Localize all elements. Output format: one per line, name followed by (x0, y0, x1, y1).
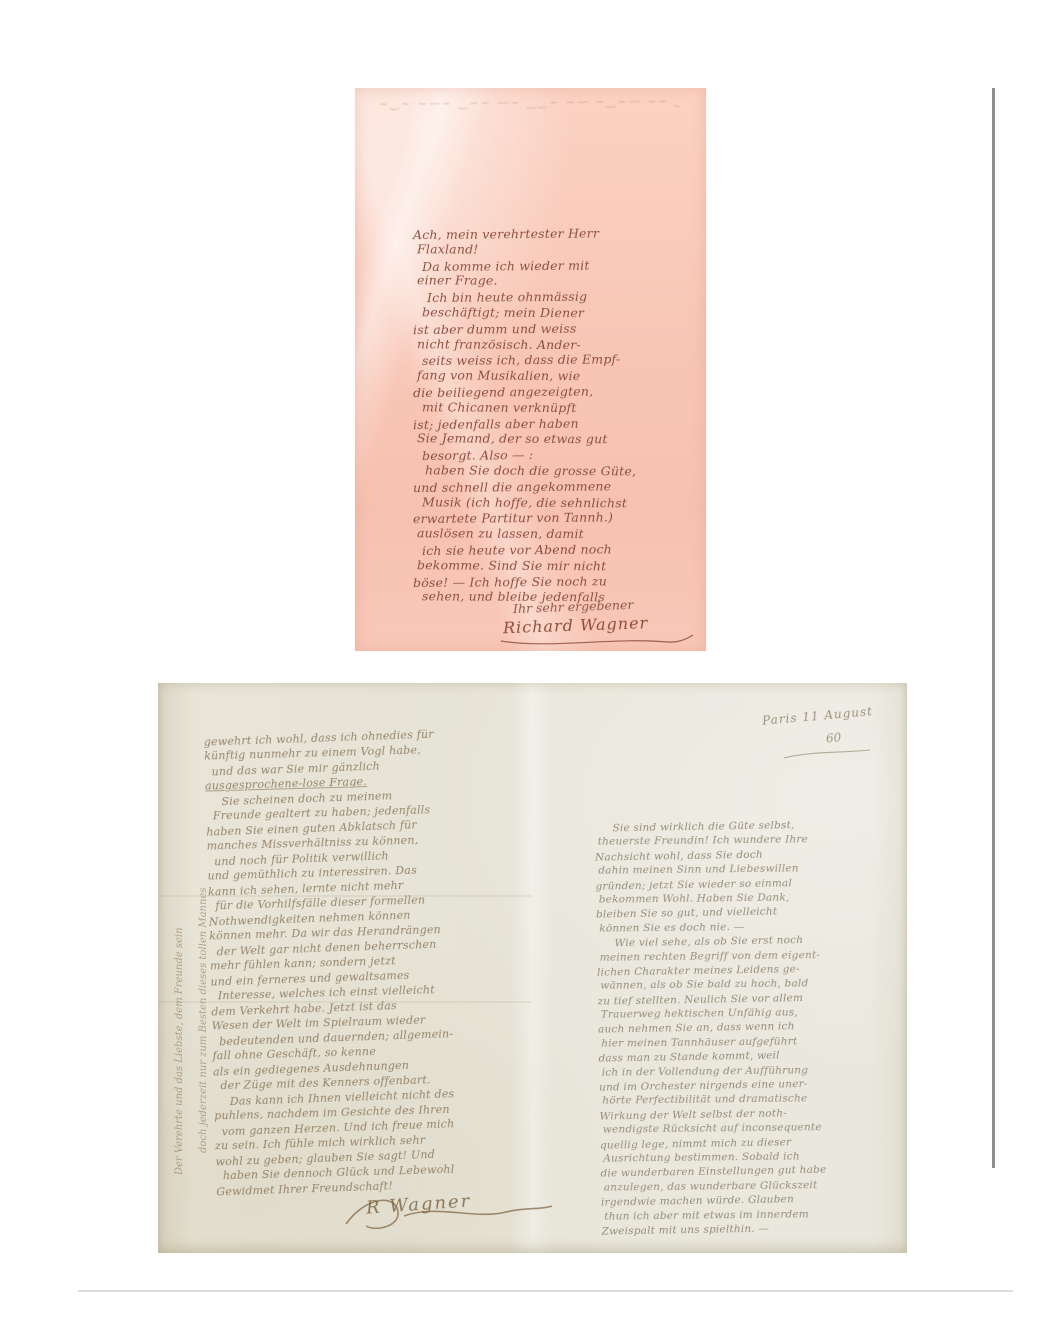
double-letter-photo: Der Verehrte und das Liebste, dem Freund… (158, 683, 907, 1253)
handwriting-line: mit Chicanen verknüpft (422, 399, 675, 416)
handwriting-line: auslösen zu lassen, damit (417, 525, 675, 542)
left-page-signature: R Wagner (326, 1186, 556, 1236)
catalog-page: ~‿~ ~—~ ‿~~ —~ ‿‿~ ~— ~‿~— ~~ ‿~ —~~ ‿~ … (0, 0, 1040, 1338)
left-page: Der Verehrte und das Liebste, dem Freund… (158, 683, 532, 1253)
margin-writing-column: Der Verehrte und das Liebste, dem Freund… (174, 745, 185, 1175)
handwriting-line: und schnell die angekommene (413, 478, 675, 496)
dateline: Paris 11 August (762, 704, 874, 728)
handwriting-line: besorgt. Also — : (422, 446, 675, 464)
ink-offset-scribble: ~‿~ ~—~ ‿~~ —~ ‿‿~ ~— ~‿~— ~~ ‿~ —~~ ‿~ (379, 94, 679, 110)
right-page-text-block: Sie sind wirklich die Güte selbst,theuer… (594, 816, 901, 1239)
handwriting-line: bekomme. Sind Sie mir nicht (417, 557, 675, 574)
pink-letter-photo: ~‿~ ~—~ ‿~~ —~ ‿‿~ ~— ~‿~— ~~ ‿~ —~~ ‿~ … (355, 88, 706, 651)
right-page: Paris 11 August 60 Sie sind wirklich die… (532, 683, 907, 1253)
handwriting-line: ist aber dumm und weiss (413, 320, 675, 338)
dateline-flourish (782, 747, 872, 761)
bottom-divider-rule (78, 1290, 1013, 1292)
handwriting-line: beschäftigt; mein Diener (422, 304, 675, 321)
handwriting-line: haben Sie doch die grosse Güte, (425, 462, 675, 479)
signature-flourish (497, 629, 697, 651)
handwriting-line: Flaxland! (417, 241, 675, 258)
handwriting-line: ich sie heute vor Abend noch (422, 541, 675, 559)
pink-letter-closing: Ihr sehr ergebener (513, 597, 634, 616)
left-page-text-block: gewehrt ich wohl, dass ich ohnedies fürk… (204, 725, 539, 1199)
handwriting-line: Ach, mein verehrtester Herr (413, 225, 675, 243)
pink-letter-text-block: Ach, mein verehrtester HerrFlaxland!Da k… (413, 226, 675, 605)
handwriting-line: Ich bin heute ohnmässig (427, 288, 675, 306)
handwriting-line: fang von Musikalien, wie (417, 367, 675, 384)
dateline-year: 60 (825, 730, 841, 745)
handwriting-line: die beiliegend angezeigten, (413, 383, 675, 401)
pink-letter-signature: Richard Wagner (503, 615, 693, 634)
vertical-divider-rule (992, 88, 995, 1168)
